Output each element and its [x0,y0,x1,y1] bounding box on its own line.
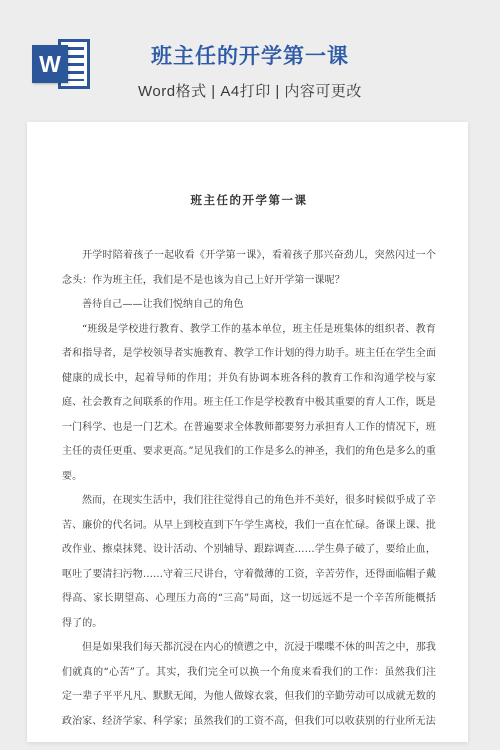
document-paragraph: 善待自己——让我们悦纳自己的角色 [62,293,436,318]
word-icon: W [32,37,90,91]
word-icon-letter: W [32,45,68,83]
document-paragraph: 然而，在现实生活中，我们往往觉得自己的角色并不美好，很多时候似乎成了辛苦、廉价的… [62,489,436,636]
document-paragraph: 但是如果我们每天都沉浸在内心的愤懑之中，沉浸于喋喋不休的叫苦之中，那我们就真的“… [62,636,436,734]
document-body: 开学时陪着孩子一起收看《开学第一课》，看着孩子那兴奋劲儿，突然闪过一个念头：作为… [62,244,436,734]
document-title: 班主任的开学第一课 [62,192,436,208]
document-page: 班主任的开学第一课 开学时陪着孩子一起收看《开学第一课》，看着孩子那兴奋劲儿，突… [27,122,468,742]
document-paragraph: 开学时陪着孩子一起收看《开学第一课》，看着孩子那兴奋劲儿，突然闪过一个念头：作为… [62,244,436,293]
preview-header: W 班主任的开学第一课 Word格式 | A4打印 | 内容可更改 [0,0,500,122]
document-paragraph: “班级是学校进行教育、教学工作的基本单位，班主任是班集体的组织者、教育者和指导者… [62,318,436,490]
